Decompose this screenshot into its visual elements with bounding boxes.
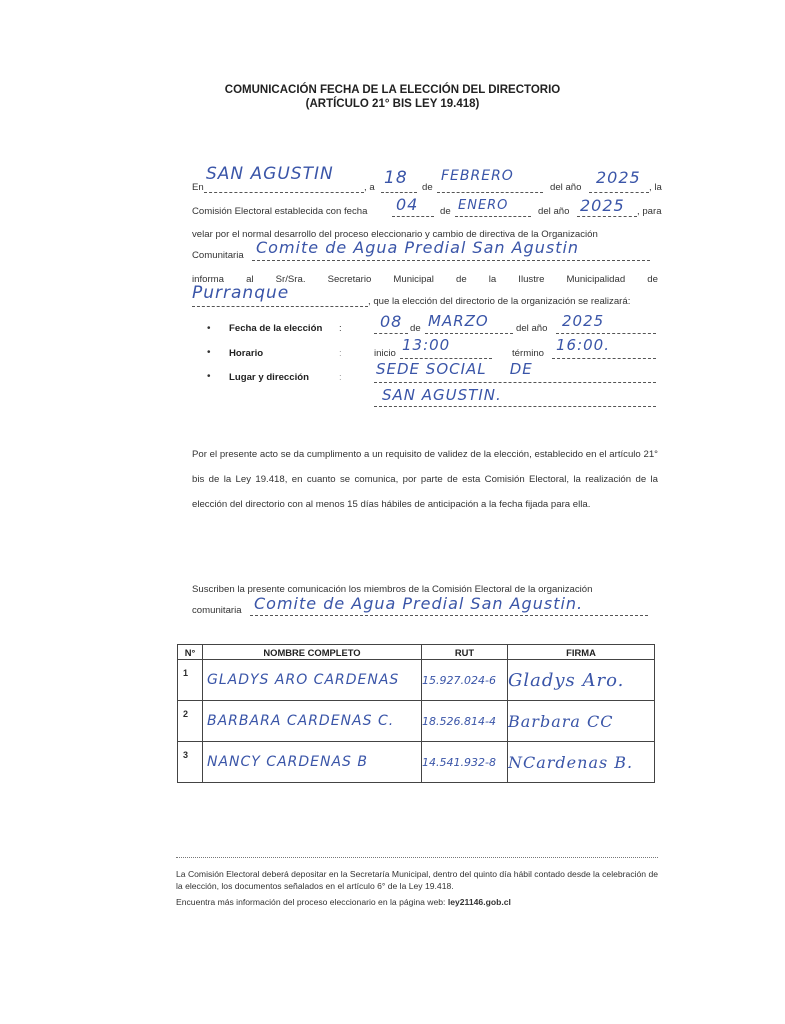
label-de: de	[422, 182, 433, 193]
label-schedule: Horario	[229, 348, 263, 359]
colon: :	[339, 323, 342, 334]
field-municipality[interactable]: Purranque	[192, 283, 289, 303]
members-table: N° NOMBRE COMPLETO RUT FIRMA 1 GLADYS AR…	[177, 644, 655, 783]
row-number: 3	[183, 750, 188, 760]
field-end-time[interactable]: 16:00.	[556, 336, 610, 354]
field-commission-day[interactable]: 04	[396, 195, 418, 214]
label-en: En	[192, 182, 204, 193]
member-signature: NCardenas B.	[508, 753, 633, 772]
footer-note: La Comisión Electoral deberá depositar e…	[176, 868, 666, 892]
member-rut: 18.526.814-4	[422, 715, 496, 728]
bullet-icon: •	[207, 347, 211, 358]
word: de	[456, 274, 467, 285]
colon: :	[339, 372, 342, 383]
header-name: NOMBRE COMPLETO	[203, 645, 422, 660]
field-organization-2[interactable]: Comite de Agua Predial San Agustin.	[254, 594, 583, 613]
field-place-line1[interactable]: SEDE SOCIAL DE	[376, 360, 533, 378]
label-place: Lugar y dirección	[229, 372, 309, 383]
cell-name[interactable]: NANCY CARDENAS B	[203, 742, 422, 783]
field-day[interactable]: 18	[384, 168, 408, 188]
field-year[interactable]: 2025	[596, 168, 641, 187]
word: de	[647, 274, 658, 285]
cell-rut[interactable]: 15.927.024-6	[422, 660, 508, 701]
colon: :	[339, 348, 342, 359]
label-del-ano-2: del año	[538, 206, 569, 217]
bullet-icon: •	[207, 323, 211, 334]
cell-signature[interactable]: Gladys Aro.	[508, 660, 655, 701]
table-row: 3 NANCY CARDENAS B 14.541.932-8 NCardena…	[178, 742, 655, 783]
footer-web-line: Encuentra más información del proceso el…	[176, 896, 666, 908]
label-la: , la	[649, 182, 662, 193]
label-del-ano: del año	[550, 182, 581, 193]
field-election-month[interactable]: MARZO	[428, 312, 489, 330]
cell-number: 1	[178, 660, 203, 701]
document-title-line1: COMUNICACIÓN FECHA DE LA ELECCIÓN DEL DI…	[0, 84, 785, 96]
footer-web-link[interactable]: ley21146.gob.cl	[448, 897, 511, 907]
label-para: , para	[637, 206, 662, 217]
member-signature: Gladys Aro.	[508, 670, 624, 691]
member-rut: 14.541.932-8	[422, 756, 496, 769]
label-de-2: de	[440, 206, 451, 217]
member-name: BARBARA CARDENAS C.	[203, 713, 394, 729]
label-comunitaria: Comunitaria	[192, 250, 244, 261]
field-commission-month[interactable]: ENERO	[458, 198, 508, 213]
field-election-year[interactable]: 2025	[562, 312, 604, 330]
label-end: término	[512, 348, 544, 359]
cell-rut[interactable]: 14.541.932-8	[422, 742, 508, 783]
cell-signature[interactable]: NCardenas B.	[508, 742, 655, 783]
label-comunitaria-2: comunitaria	[192, 605, 242, 616]
table-row: 2 BARBARA CARDENAS C. 18.526.814-4 Barba…	[178, 701, 655, 742]
word: Secretario	[328, 274, 372, 285]
label-de-3: de	[410, 323, 421, 334]
header-signature: FIRMA	[508, 645, 655, 660]
cell-number: 2	[178, 701, 203, 742]
member-rut: 15.927.024-6	[422, 674, 496, 687]
word: Ilustre	[518, 274, 544, 285]
word: Municipal	[393, 274, 434, 285]
commission-text: Comisión Electoral establecida con fecha	[192, 206, 367, 217]
cell-number: 3	[178, 742, 203, 783]
election-intro-text: , que la elección del directorio de la o…	[368, 296, 630, 307]
field-month[interactable]: FEBRERO	[441, 168, 514, 184]
footer-divider	[176, 857, 658, 858]
cell-signature[interactable]: Barbara CC	[508, 701, 655, 742]
member-name: NANCY CARDENAS B	[203, 754, 368, 770]
row-number: 1	[183, 668, 188, 678]
word: Municipalidad	[567, 274, 626, 285]
bullet-icon: •	[207, 371, 211, 382]
field-election-day[interactable]: 08	[380, 312, 402, 331]
cell-rut[interactable]: 18.526.814-4	[422, 701, 508, 742]
footer-web-prefix: Encuentra más información del proceso el…	[176, 897, 445, 907]
document-title-line2: (ARTÍCULO 21° BIS LEY 19.418)	[0, 98, 785, 110]
label-election-date: Fecha de la elección	[229, 323, 322, 334]
table-row: 1 GLADYS ARO CARDENAS 15.927.024-6 Glady…	[178, 660, 655, 701]
member-name: GLADYS ARO CARDENAS	[203, 672, 399, 688]
row-number: 2	[183, 709, 188, 719]
legal-paragraph: Por el presente acto se da cumplimento a…	[192, 442, 658, 517]
cell-name[interactable]: GLADYS ARO CARDENAS	[203, 660, 422, 701]
field-organization[interactable]: Comite de Agua Predial San Agustin	[256, 238, 579, 257]
member-signature: Barbara CC	[508, 712, 613, 731]
field-place[interactable]: SAN AGUSTIN	[206, 164, 334, 184]
label-a: , a	[364, 182, 375, 193]
label-start: inicio	[374, 348, 396, 359]
field-place-line2[interactable]: SAN AGUSTIN.	[382, 386, 502, 404]
label-del-ano-3: del año	[516, 323, 547, 334]
field-start-time[interactable]: 13:00	[402, 336, 450, 354]
field-commission-year[interactable]: 2025	[580, 196, 625, 215]
word: la	[489, 274, 496, 285]
cell-name[interactable]: BARBARA CARDENAS C.	[203, 701, 422, 742]
header-number: N°	[178, 645, 203, 660]
header-rut: RUT	[422, 645, 508, 660]
